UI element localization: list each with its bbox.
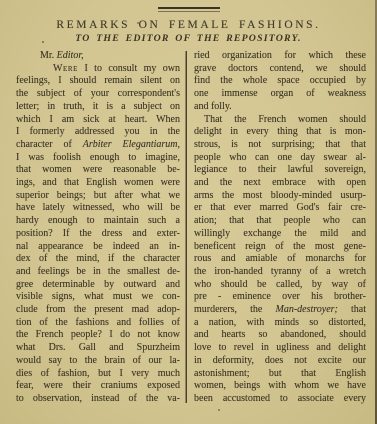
text-line: rous and amiable of monarchs for [194,253,366,266]
text-line: pre - eminence over his brother- [194,291,366,304]
text-line: hardy enough to maintain such a [16,215,180,228]
text-line: and feelings be in the smallest de- [16,266,180,279]
text-line: to observation, instead of the va- [16,393,180,406]
text-line: That the French women should [194,114,366,127]
text-line: the subject of your correspondent's [16,88,180,101]
text-line: Were I to consult my own [16,63,180,76]
text-line: ried organization for which these [194,50,366,63]
paper-speck [42,41,44,43]
text-line: which I am sick at heart. When [16,114,180,127]
text-line: willingly exchange the mild and [194,228,366,241]
text-line: and hearts so abandoned, should [194,329,366,342]
text-line: character of Arbiter Elegantiarum, [16,139,180,152]
text-line: astonishment; but that English [194,368,366,381]
text-line: find the whole space occupied by [194,75,366,88]
text-line: feelings, I should remain silent on [16,75,180,88]
text-line: arms the most bloody-minded usurp- [194,190,366,203]
column-left: Mr. Editor,Were I to consult my ownfeeli… [16,50,180,406]
text-line: grave doctors contend, we should [194,63,366,76]
section-rule [158,7,220,12]
text-line: women, beings with whom we have [194,380,366,393]
text-line: superior beings; but after what we [16,190,180,203]
article-columns: Mr. Editor,Were I to consult my ownfeeli… [0,44,377,406]
text-line: and folly. [194,101,366,114]
text-line: would say to the brain of our la- [16,355,180,368]
text-line: who should be called, by way of [194,279,366,292]
column-right: ried organization for which thesegrave d… [194,50,366,406]
text-line: one immense organ of weakness [194,88,366,101]
text-line: murderers, the Man-destroyer; that [194,304,366,317]
text-line: position? If the dress and exter- [16,228,180,241]
text-line: visible signs, what must we con- [16,291,180,304]
text-line: a nation, with minds so distorted, [194,317,366,330]
text-line: clude from the present mad adop- [16,304,180,317]
paper-speck [218,409,220,411]
text-line: have lately witnessed, who will be [16,202,180,215]
text-line: been accustomed to associate every [194,393,366,406]
text-line: Mr. Editor, [16,50,180,63]
article-subtitle: TO THE EDITOR OF THE REPOSITORY. [0,33,377,44]
text-line: ings, and that English women were [16,177,180,190]
text-line: ation; that that people who can [194,215,366,228]
text-line: that women were reasonable be- [16,164,180,177]
paper-speck [137,22,139,24]
text-line: dies of fashion, but I very much [16,368,180,381]
text-line: letter; in truth, it is a subject on [16,101,180,114]
text-line: legiance to their lawful sovereign, [194,164,366,177]
text-line: beneficent reign of the most gene- [194,241,366,254]
text-line: I was foolish enough to imagine, [16,152,180,165]
text-line: er that ever marred God's fair cre- [194,202,366,215]
text-line: in deformity, does not excite our [194,355,366,368]
text-line: nal appearance be indeed an in- [16,241,180,254]
text-line: tion of the fashions and follies of [16,317,180,330]
text-line: love to revel in ugliness and delight [194,342,366,355]
text-line: the French people? I do not know [16,329,180,342]
text-line: I formerly addressed you in the [16,126,180,139]
text-line: and the next embrace with open [194,177,366,190]
text-line: strous, is not surprising; that that [194,139,366,152]
text-line: what Drs. Gall and Spurzheim [16,342,180,355]
text-line: people who can one day swear al- [194,152,366,165]
text-line: the iron-handed tyranny of a wretch [194,266,366,279]
text-line: gree determinable by outward and [16,279,180,292]
article-title: REMARKS ON FEMALE FASHIONS. [0,19,377,31]
text-line: fear, were their craniums exposed [16,380,180,393]
scanned-page: REMARKS ON FEMALE FASHIONS. TO THE EDITO… [0,0,377,424]
column-divider-rule [185,51,187,403]
text-line: delight in every thing that is mon- [194,126,366,139]
text-line: dex of the mind, if the character [16,253,180,266]
